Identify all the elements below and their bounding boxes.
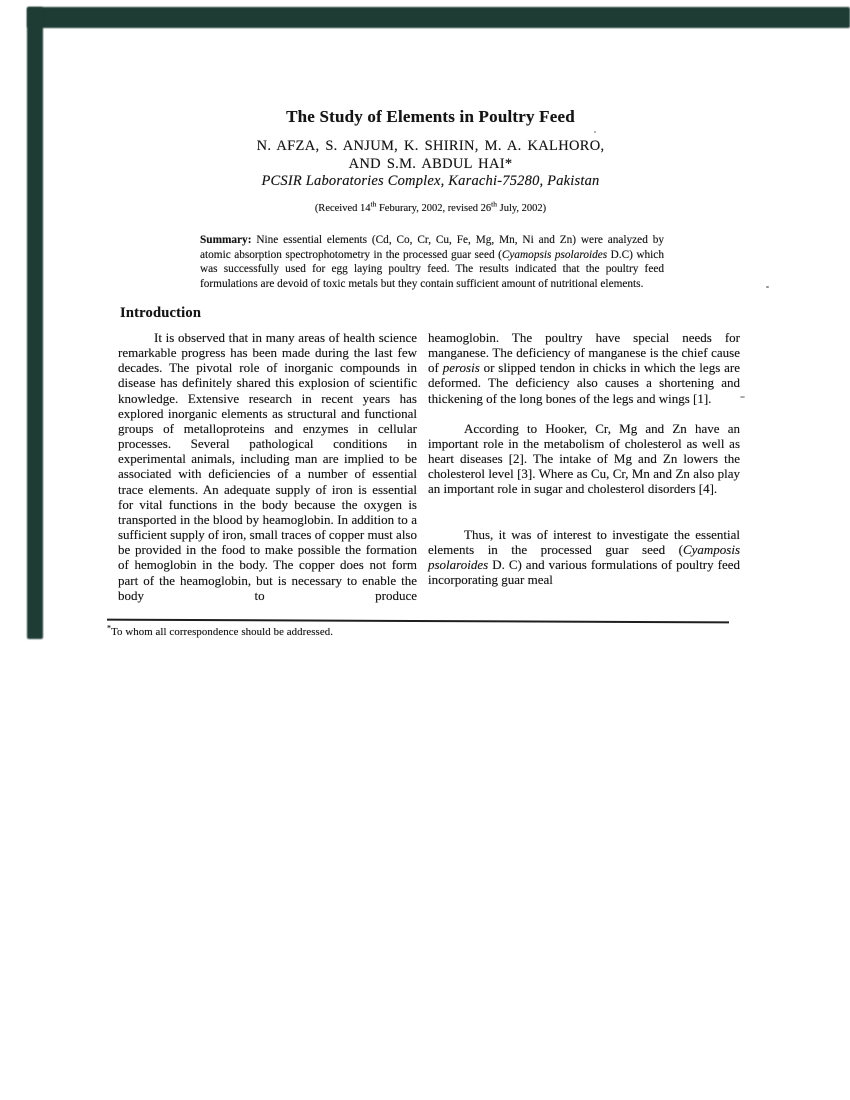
affiliation: PCSIR Laboratories Complex, Karachi-7528… [118,173,743,190]
authors-line-1: N. AFZA, S. ANJUM, K. SHIRIN, M. A. KALH… [118,138,743,155]
body-paragraph: heamoglobin. The poultry have special ne… [428,330,740,406]
term-italic: perosis [443,360,480,375]
left-column: It is observed that in many areas of hea… [118,330,417,603]
scan-speck [740,396,745,398]
abstract-summary: Summary: Nine essential elements (Cd, Co… [200,233,664,291]
body-paragraph: According to Hooker, Cr, Mg and Zn have … [428,421,740,497]
summary-label: Summary: [200,234,251,246]
received-text: July, 2002) [497,203,546,214]
received-text: (Received 14 [315,203,371,214]
footnote-rule [107,619,729,624]
species-name-italic: Cyamopsis psolaroides [502,249,607,261]
paragraph-text: It is observed that in many areas of hea… [118,330,417,603]
scan-edge-artifact-left [27,7,43,639]
authors-line-2: AND S.M. ABDUL HAI* [118,156,743,173]
received-dates: (Received 14th Feburary, 2002, revised 2… [118,203,743,214]
scan-edge-artifact-top [27,7,850,28]
body-paragraph: Thus, it was of interest to investigate … [428,527,740,588]
paragraph-text: According to Hooker, Cr, Mg and Zn have … [428,421,740,497]
footnote-text: To whom all correspondence should be add… [111,626,333,638]
scan-speck [594,131,596,133]
scan-speck [766,286,769,288]
scanned-paper-page: The Study of Elements in Poultry Feed N.… [0,0,850,1100]
received-text: Feburary, 2002, revised 26 [376,203,491,214]
footnote: *To whom all correspondence should be ad… [107,626,333,638]
paper-title: The Study of Elements in Poultry Feed [118,107,743,127]
right-column: heamoglobin. The poultry have special ne… [428,330,740,587]
body-paragraph: It is observed that in many areas of hea… [118,330,417,603]
section-heading-introduction: Introduction [120,305,201,322]
